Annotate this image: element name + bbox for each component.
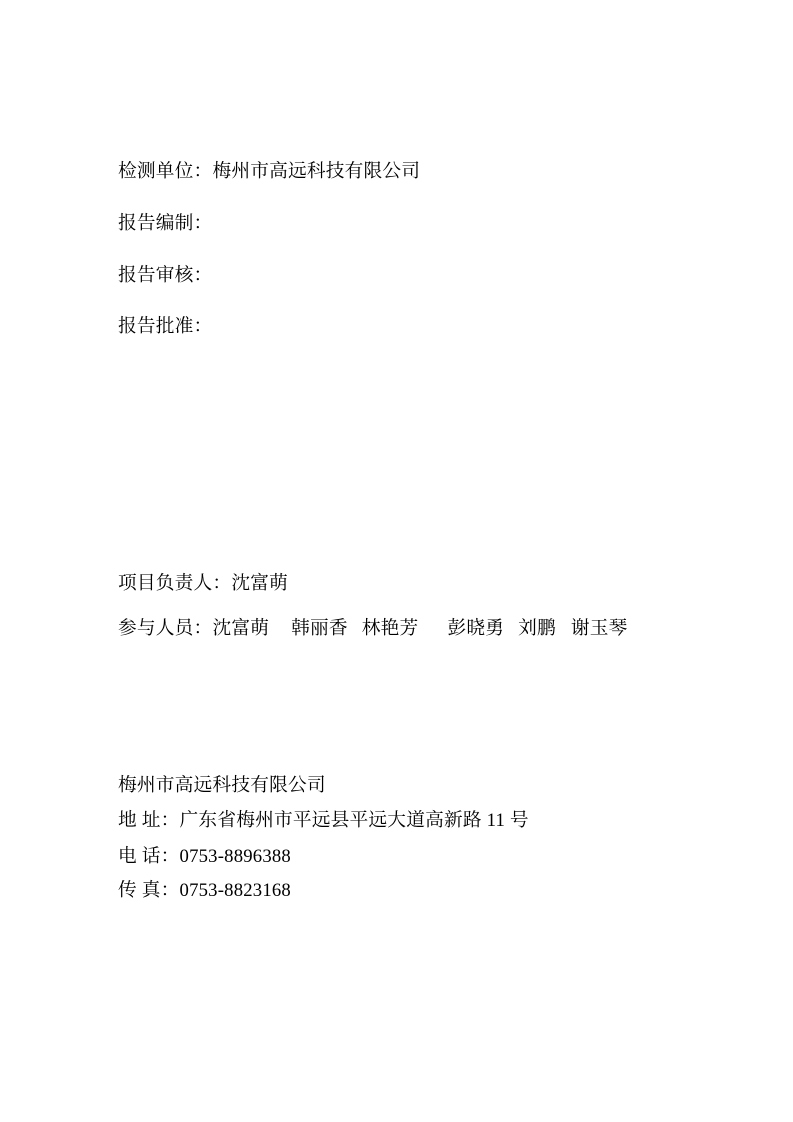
- participants-line: 参与人员：沈富萌韩丽香林艳芳彭晓勇刘鹏谢玉琴: [118, 618, 628, 640]
- testing-unit-line: 检测单位：梅州市高远科技有限公司: [118, 161, 420, 183]
- phone-value: 0753-8896388: [180, 846, 291, 867]
- participant-name: 韩丽香: [291, 618, 348, 639]
- report-prepared-line: 报告编制：: [118, 213, 212, 235]
- participant-name: 林艳芳: [362, 618, 419, 639]
- address-label: 地 址：: [118, 810, 180, 831]
- phone-label: 电 话：: [118, 846, 180, 867]
- participant-name: 彭晓勇: [447, 618, 504, 639]
- report-approved-label: 报告批准：: [118, 316, 212, 337]
- fax-line: 传 真：0753-8823168: [118, 880, 291, 902]
- fax-label: 传 真：: [118, 880, 180, 901]
- address-value: 广东省梅州市平远县平远大道高新路 11 号: [180, 810, 529, 831]
- phone-line: 电 话：0753-8896388: [118, 846, 291, 868]
- project-leader-line: 项目负责人：沈富萌: [118, 573, 288, 595]
- document-page: 检测单位：梅州市高远科技有限公司 报告编制： 报告审核： 报告批准： 项目负责人…: [0, 0, 793, 1122]
- report-prepared-label: 报告编制：: [118, 213, 212, 234]
- report-reviewed-label: 报告审核：: [118, 265, 212, 286]
- participants-label: 参与人员：: [118, 618, 212, 639]
- fax-value: 0753-8823168: [180, 880, 291, 901]
- report-reviewed-line: 报告审核：: [118, 265, 212, 287]
- company-name: 梅州市高远科技有限公司: [118, 775, 326, 797]
- participant-name: 沈富萌: [212, 618, 269, 639]
- participant-name: 谢玉琴: [571, 618, 628, 639]
- testing-unit-label: 检测单位：: [118, 161, 212, 182]
- participant-name: 刘鹏: [518, 618, 556, 639]
- project-leader-label: 项目负责人：: [118, 573, 231, 594]
- report-approved-line: 报告批准：: [118, 316, 212, 338]
- address-line: 地 址：广东省梅州市平远县平远大道高新路 11 号: [118, 810, 529, 832]
- testing-unit-value: 梅州市高远科技有限公司: [212, 161, 420, 182]
- project-leader-value: 沈富萌: [231, 573, 288, 594]
